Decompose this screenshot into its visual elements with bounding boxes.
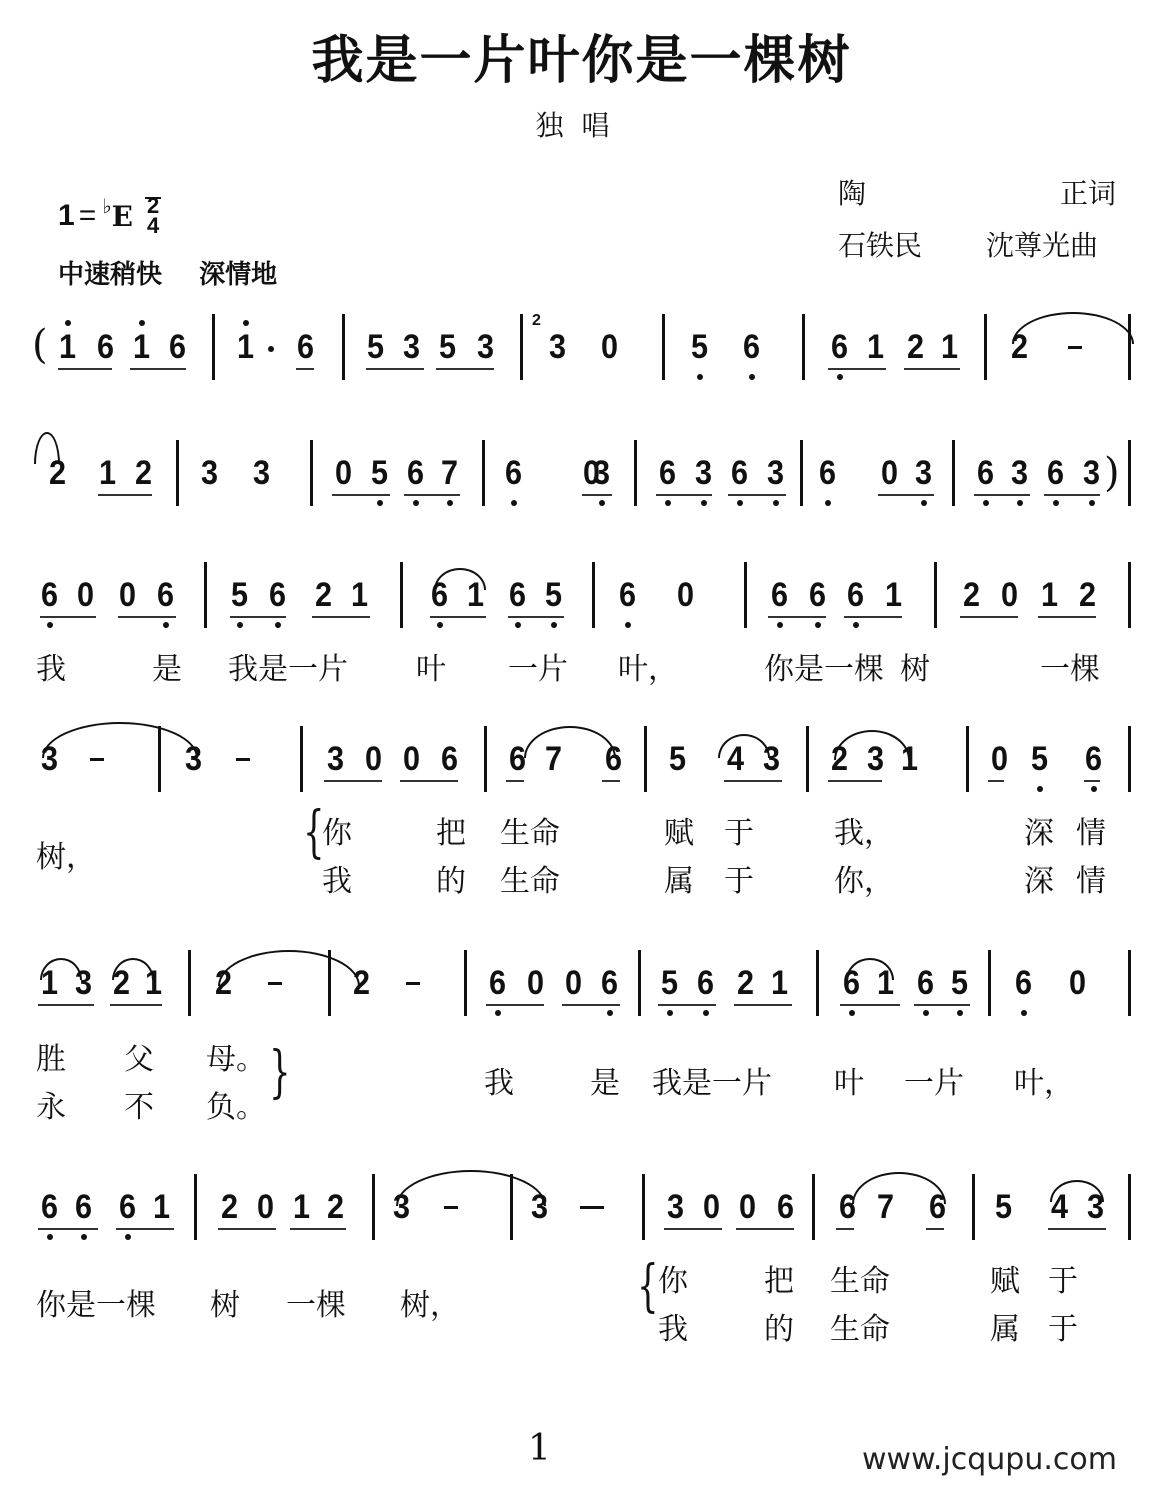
note: 6 [75,1190,92,1224]
note: 2 [221,1190,238,1224]
note: 6 [1015,966,1032,1000]
sustain-dash [444,1206,458,1209]
note: 0 [77,578,94,612]
underline-beam [312,616,370,618]
note: 1 [885,578,902,612]
barline [342,314,345,380]
lyric-syllable: 深 [1024,856,1054,900]
octave-dot-below [607,1010,613,1016]
octave-dot-below [703,1010,709,1016]
slur-arc [42,722,198,758]
close-paren: ) [1104,450,1120,496]
tempo-marking: 中速稍快 深情地 [58,254,277,291]
underline-beam [40,616,96,618]
barline [642,1174,645,1240]
note: 6 [847,578,864,612]
note: 3 [253,456,270,490]
note: 6 [1085,742,1102,776]
octave-dot-below [1021,1010,1027,1016]
lyric-syllable: 叶 [416,644,446,688]
octave-dot-below [825,500,831,506]
sustain-dash [406,982,420,985]
note: 1 [1041,578,1058,612]
barline [592,562,595,628]
barline [662,314,665,380]
note: 6 [119,1190,136,1224]
barline [984,314,987,380]
underline-beam [1038,616,1096,618]
underline-beam [768,616,826,618]
barline [966,726,969,792]
brace-open-icon: { [637,1254,658,1319]
underline-beam [844,616,902,618]
octave-dot-below [599,500,605,506]
barline [194,1174,197,1240]
octave-dot-below [413,500,419,506]
lyric-syllable: 你 [658,1256,688,1300]
underline-beam [38,1228,98,1230]
slur-arc [40,958,82,980]
octave-dot-below [983,500,989,506]
barline [400,562,403,628]
barline [988,950,991,1016]
underline-beam [828,368,886,370]
underline-beam [38,1004,94,1006]
note: 5 [951,966,968,1000]
note: 3 [593,456,610,490]
barline [484,726,487,792]
note: 6 [977,456,994,490]
barline [1128,1174,1131,1240]
underline-beam [332,494,390,496]
note: 6 [831,330,848,364]
note: 0 [257,1190,274,1224]
note: 6 [41,578,58,612]
lyric-syllable: 是 [152,644,182,688]
note: 1 [293,1190,310,1224]
underline-beam [296,368,314,370]
composer-names-a: 石铁民 [838,224,922,264]
time-signature: 2 4 [147,196,159,236]
note: 6 [509,578,526,612]
underline-beam [736,1228,794,1230]
note: 5 [371,456,388,490]
lyric-syllable: 把 [436,808,466,852]
lyric-syllable: 一片 [508,644,568,688]
note: 3 [1011,456,1028,490]
underline-beam [218,1228,276,1230]
augmentation-dot [268,346,274,352]
barline [634,440,637,506]
lyric-syllable: 情 [1076,856,1106,900]
note: 3 [667,1190,684,1224]
barline [188,950,191,1016]
barline [816,950,819,1016]
barline [638,950,641,1016]
lyric-syllable: 赋 [664,808,694,852]
lyric-syllable: 我 [484,1058,514,1102]
barline [520,314,523,380]
underline-beam [656,494,712,496]
lyricist-credit: 正词 [1060,172,1116,212]
note: 3 [767,456,784,490]
underline-beam [840,1004,900,1006]
flat-icon: ♭ [102,194,111,218]
octave-dot-below [47,622,53,628]
barline [310,440,313,506]
note: 2 [135,456,152,490]
lyric-syllable: 一棵 [1040,644,1100,688]
octave-dot-below [737,500,743,506]
barline [800,440,803,506]
note: 6 [771,578,788,612]
note: 6 [297,330,314,364]
slur-arc [1050,1180,1104,1202]
lyric-syllable: 一片 [904,1058,964,1102]
underline-beam [1048,1228,1106,1230]
underline-beam [664,1228,722,1230]
lyric-syllable: 永 [36,1082,66,1126]
note: 0 [119,578,136,612]
barline [464,950,467,1016]
note: 5 [995,1190,1012,1224]
note: 1 [99,456,116,490]
note: 0 [601,330,618,364]
lyric-syllable: 于 [724,856,754,900]
lyric-syllable: 你是一棵 [36,1280,156,1324]
note: 6 [157,578,174,612]
note: 2 [737,966,754,1000]
slur-arc [112,958,154,980]
key-number: 1 [58,199,75,233]
barline [1128,726,1131,792]
tempo-text: 中速稍快 [58,260,162,290]
barline [1128,562,1131,628]
underline-beam [728,494,786,496]
composer-names-b: 沈尊光曲 [986,224,1098,264]
underline-beam [828,780,882,782]
note: 3 [327,742,344,776]
note: 5 [1031,742,1048,776]
octave-dot-below [275,622,281,628]
octave-dot-below [1091,786,1097,792]
note: 5 [691,330,708,364]
note: 6 [731,456,748,490]
note: 6 [777,1190,794,1224]
octave-dot-above [139,320,145,326]
underline-beam [1084,780,1100,782]
octave-dot-below [923,1010,929,1016]
note: 6 [489,966,506,1000]
sustain-dash [1068,346,1082,349]
lyric-syllable: 情 [1076,808,1106,852]
underline-beam [734,1004,792,1006]
octave-dot-below [47,1234,53,1240]
lyric-syllable: 我 [322,856,352,900]
note: 6 [41,1190,58,1224]
barline [482,440,485,506]
barline [1128,440,1131,506]
lyric-syllable: 属 [664,856,694,900]
underline-beam [960,616,1018,618]
barline [806,726,809,792]
underline-beam [436,368,494,370]
octave-dot-below [749,374,755,380]
slur-arc [524,726,616,758]
octave-dot-below [495,1010,501,1016]
underline-beam [290,1228,346,1230]
barline [802,314,805,380]
note: 1 [351,578,368,612]
lyric-syllable: 我， [834,808,894,852]
barline [744,562,747,628]
underline-beam [404,494,460,496]
lyric-syllable: 把 [764,1256,794,1300]
barline [1128,950,1131,1016]
slur-arc [218,950,360,986]
note: 0 [991,742,1008,776]
time-bottom: 4 [147,216,159,236]
song-title: 我是一片叶你是一棵树 [0,18,1163,93]
octave-dot-below [837,374,843,380]
note: 1 [867,330,884,364]
lyric-syllable: 赋 [990,1256,1020,1300]
octave-dot-above [243,320,249,326]
underline-beam [658,1004,716,1006]
note: 5 [661,966,678,1000]
underline-beam [324,780,382,782]
lyric-syllable: 叶， [618,644,678,688]
note: 6 [407,456,424,490]
slur-arc [396,1170,546,1206]
note: 2 [315,578,332,612]
lyric-syllable: 深 [1024,808,1054,852]
note: 6 [819,456,836,490]
underline-beam [582,494,612,496]
barline [972,1174,975,1240]
barline [204,562,207,628]
barline [1128,314,1131,380]
lyric-syllable: 不 [124,1082,154,1126]
underline-beam [400,780,458,782]
octave-dot-below [447,500,453,506]
note: 6 [441,742,458,776]
octave-dot-below [773,500,779,506]
lyric-syllable: 的 [764,1304,794,1348]
sustain-dash [90,758,104,761]
note: 3 [403,330,420,364]
octave-dot-below [1053,500,1059,506]
note: 1 [771,966,788,1000]
lyricist-surname: 陶 [838,172,866,212]
underline-beam [58,368,112,370]
slur-arc [1012,312,1134,344]
note: 6 [619,578,636,612]
lyric-syllable: 你， [834,856,894,900]
underline-beam [974,494,1030,496]
lyric-syllable: 你是一棵 [764,644,884,688]
note: 6 [97,330,114,364]
note: 3 [201,456,218,490]
note: 1 [133,330,150,364]
barline [212,314,215,380]
octave-dot-below [511,500,517,506]
note: 3 [549,330,566,364]
lyric-syllable: 是 [590,1058,620,1102]
note: 0 [677,578,694,612]
lyric-syllable: 父 [124,1034,154,1078]
lyric-syllable: 胜 [36,1034,66,1078]
underline-beam [988,780,1004,782]
note: 1 [941,330,958,364]
note: 2 [907,330,924,364]
lyric-syllable: 我 [658,1304,688,1348]
note: 0 [703,1190,720,1224]
octave-dot-below [1017,500,1023,506]
note: 6 [697,966,714,1000]
barline [934,562,937,628]
note: 5 [367,330,384,364]
barline [952,440,955,506]
note: 0 [1001,578,1018,612]
octave-dot-below [701,500,707,506]
note: 6 [743,330,760,364]
underline-beam [110,1004,162,1006]
sustain-dash [236,758,250,761]
octave-dot-below [921,500,927,506]
lyric-syllable: 负。 [206,1082,266,1126]
octave-dot-below [377,500,383,506]
note: 0 [527,966,544,1000]
underline-beam [904,368,960,370]
underline-beam [430,616,486,618]
underline-beam [926,1228,944,1230]
note: 6 [1047,456,1064,490]
underline-beam [914,1004,970,1006]
note: 0 [335,456,352,490]
note: 0 [881,456,898,490]
octave-dot-below [625,622,631,628]
note: 5 [439,330,456,364]
note: 6 [505,456,522,490]
fraction-bar [145,197,161,199]
lyric-syllable: 于 [1048,1304,1078,1348]
underline-beam [562,1004,620,1006]
octave-dot-below [163,622,169,628]
lyric-syllable: 树 [210,1280,240,1324]
open-paren: ( [32,322,48,368]
octave-dot-below [665,500,671,506]
note: 2 [963,578,980,612]
note: 1 [153,1190,170,1224]
note: 0 [365,742,382,776]
octave-dot-below [551,622,557,628]
octave-dot-below [125,1234,131,1240]
note: 5 [669,742,686,776]
slur-arc [846,958,894,980]
lyric-syllable: 生命 [830,1304,890,1348]
note: 7 [441,456,458,490]
lyric-syllable: 叶， [1014,1058,1074,1102]
octave-dot-below [237,622,243,628]
lyric-syllable: 树 [900,644,930,688]
note: 1 [237,330,254,364]
underline-beam [486,1004,544,1006]
website-watermark: www.jcqupu.com [862,1442,1117,1477]
brace-close-icon: } [269,1040,290,1105]
note: 2 [1079,578,1096,612]
underline-beam [98,494,152,496]
note: 6 [601,966,618,1000]
grace-note: 2 [532,312,541,330]
barline [372,1174,375,1240]
performance-type: 独唱 [0,104,1163,144]
note: 3 [695,456,712,490]
note: 5 [231,578,248,612]
note: 6 [809,578,826,612]
note: 6 [169,330,186,364]
octave-dot-below [957,1010,963,1016]
underline-beam [724,780,782,782]
note: 3 [915,456,932,490]
slur-arc [718,734,770,758]
lyric-syllable: 树， [36,832,96,876]
underline-beam [878,494,934,496]
note: 0 [403,742,420,776]
underline-beam [366,368,424,370]
underline-beam [1044,494,1100,496]
note: 6 [509,742,526,776]
key-signature: 1 = ♭ E 2 4 [58,196,159,236]
octave-dot-below [437,622,443,628]
lyric-syllable: 生命 [500,856,560,900]
note: 0 [739,1190,756,1224]
octave-dot-below [1089,500,1095,506]
sustain-dash [590,1206,604,1209]
octave-dot-below [815,622,821,628]
note: 1 [59,330,76,364]
note: 0 [1069,966,1086,1000]
barline [644,726,647,792]
octave-dot-above [65,320,71,326]
octave-dot-below [697,374,703,380]
lyric-syllable: 叶 [834,1058,864,1102]
lyric-syllable: 于 [1048,1256,1078,1300]
note: 6 [659,456,676,490]
octave-dot-below [849,1010,855,1016]
octave-dot-below [515,622,521,628]
slur-arc [34,432,60,464]
underline-beam [836,1228,854,1230]
note: 3 [477,330,494,364]
octave-dot-below [777,622,783,628]
octave-dot-below [81,1234,87,1240]
underline-beam [508,616,564,618]
barline [300,726,303,792]
key-equals: = [79,199,97,233]
octave-dot-below [1037,786,1043,792]
note: 6 [269,578,286,612]
octave-dot-below [667,1010,673,1016]
underline-beam [602,780,620,782]
underline-beam [116,1228,174,1230]
slur-arc [852,1172,946,1204]
slur-arc [834,730,910,760]
expression-text: 深情地 [199,260,277,290]
page-number: 1 [528,1428,551,1469]
note: 2 [327,1190,344,1224]
lyric-syllable: 我是一片 [652,1058,772,1102]
